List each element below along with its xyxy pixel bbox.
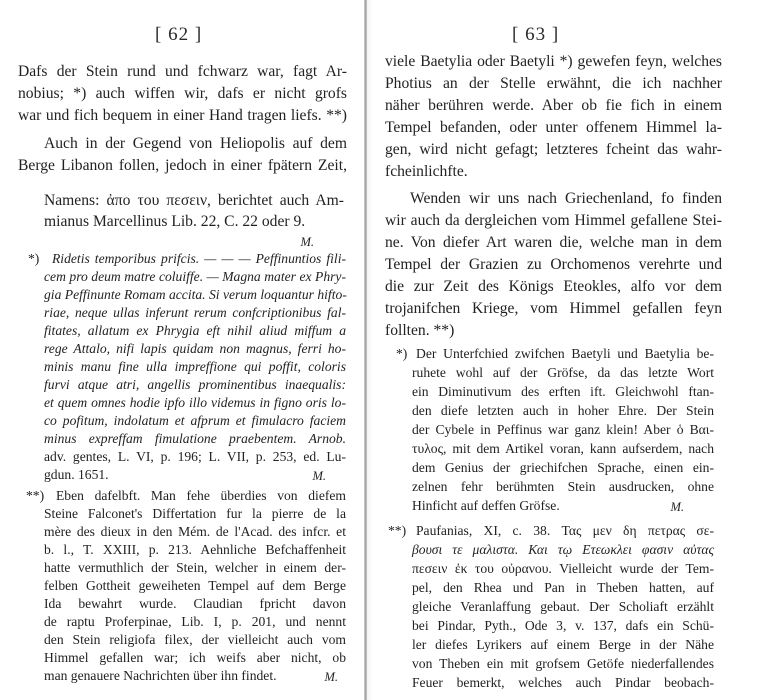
footnote-line: minus expreffam fimulatione praebentem. … [44, 430, 346, 447]
footnote-line: mère des dieux in den Mém. de l'Acad. de… [44, 523, 346, 540]
book-spread: [ 62 ] Dafs der Stein rund und fchwarz w… [0, 0, 765, 700]
footnote-line: ruhete wohl auf der Gröfse, da das letzt… [412, 364, 714, 381]
footnote-line: furvi atque atri, angellis prominentibus… [44, 376, 346, 393]
footnote-marker: *) [28, 250, 46, 267]
footnote-line: rege Attalo, nifi lapis quidam non magnu… [44, 340, 346, 357]
footnote-line: Steine Falconet's Differtation fur la pi… [44, 505, 346, 522]
footnote-line: Der Unterfchied zwifchen Baetyli und Bae… [416, 345, 714, 362]
note-continued-line: mianus Marcellinus Lib. 22, C. 22 oder 9… [44, 212, 344, 232]
body-line: Dafs der Stein rund und fchwarz war, fag… [18, 62, 347, 82]
body-line: ne. Von diefer Art waren die, welche man… [385, 233, 722, 253]
footnote-line: Feuer bemerkt, welches auch Pindar beoba… [412, 674, 714, 691]
footnote-marker: **) [388, 522, 412, 539]
right-page: [ 63 ] viele Baetylia oder Baetyli *) ge… [370, 0, 765, 700]
footnote-line: ler diefes Lyrikers auf einem Berge in d… [412, 636, 714, 653]
footnote-line: dem Genius der griechifchen Sprache, ein… [412, 459, 714, 476]
footnote-line: Ida bewahrt wurde. Claudian fpricht davo… [44, 595, 346, 612]
footnote-line: cem pro deum matre coluiffe. — Magna mat… [44, 268, 346, 285]
body-line: Berge Libanon follen, jedoch in einer fp… [18, 156, 347, 176]
footnote-line: riae, neque ullas inferunt rerum confcri… [44, 304, 346, 321]
footnote-line: pel, den Rhea und Pan in Theben hatten, … [412, 579, 714, 596]
footnote-line: βουσι τε μαλιστα. Και τῳ Ετεωκλει φασιν … [412, 541, 714, 558]
footnote-line: felben Gottheit geweiheten Tempel auf de… [44, 577, 346, 594]
left-page: [ 62 ] Dafs der Stein rund und fchwarz w… [0, 0, 366, 700]
note-continued-line: Namens: ἀπο του πεσειν, berichtet auch A… [44, 191, 344, 211]
footnote-line: b. l., T. XXIII, p. 213. Aehnliche Befch… [44, 541, 346, 558]
footnote-line: gleiche Veranlaffung gebaut. Der Scholia… [412, 598, 714, 615]
footnote-line: den Stein religiofa filex, der vielleich… [44, 631, 346, 648]
footnote-marker: **) [26, 487, 50, 504]
footnote-line: bei Pindar, Pyth., Ode 3, v. 137, dafs e… [412, 617, 714, 634]
footnote-line: minis manu fine ulla impreffione qui pof… [44, 358, 346, 375]
footnote-line: τυλος, mit dem Artikel voran, kann aufse… [412, 440, 714, 457]
body-line: Photius an der Stelle erwähnt, die ich n… [385, 74, 722, 94]
body-line: näher berühren werde. Aber ob fie fich i… [385, 96, 722, 116]
body-line: follten. **) [385, 321, 585, 341]
footnote-line: Ridetis temporibus prifcis. — — — Peffin… [52, 250, 346, 267]
page-number-left: [ 62 ] [155, 24, 202, 46]
body-line: war und fich bequem in einer Hand tragen… [18, 106, 347, 126]
body-line: nobius; *) auch wiffen wir, dafs er nich… [18, 84, 347, 104]
footnote-line: et quem omnes hodie ipfo illo videmus in… [44, 394, 346, 411]
footnote-line: ein Diminutivum des erften ift. Gleichwo… [412, 383, 714, 400]
signature: M. [314, 667, 338, 687]
footnote-line: gdun. 1651. [44, 466, 244, 483]
footnote-line: Himmel gefallen war; ich weifs aber nich… [44, 649, 346, 666]
signature: M. [660, 497, 684, 517]
footnote-line: fitates, allatum ex Phrygia eft nihil al… [44, 322, 346, 339]
footnote-line: πεσειν ἐκ του οὐρανου. Vielleicht wurde … [412, 560, 714, 577]
footnote-line: Paufanias, XI, c. 38. Τας μεν δη πετρας … [416, 522, 714, 539]
footnote-line: Hinficht auf deffen Gröfse. [412, 497, 612, 514]
footnote-line: von Theben ein mit grofsem Getöfe nieder… [412, 655, 714, 672]
signature: M. [296, 466, 326, 486]
page-number-right: [ 63 ] [512, 24, 559, 46]
body-line: Auch in der Gegend von Heliopolis auf de… [44, 134, 347, 154]
body-line: Tempel der Grazien zu Orchomenos verehrt… [385, 255, 722, 275]
footnote-line: co pofitum, indolatum et afprum et fimul… [44, 412, 346, 429]
body-line: wir auch da dergleichen vom Himmel gefal… [385, 211, 722, 231]
footnote-line: Eben dafelbft. Man fehe überdies von die… [56, 487, 346, 504]
footnote-line: zelnen fehr berühmten Stein ausdrucken, … [412, 478, 714, 495]
body-line: die zur Zeit des Königs Eteokles, alfo v… [385, 277, 722, 297]
body-line: viele Baetylia oder Baetyli *) gewefen f… [385, 52, 722, 72]
footnote-line: der Cybele in Peffinus war ganz klein! A… [412, 421, 714, 438]
body-line: fcheinlichfte. [385, 162, 585, 182]
footnote-line: gia Peffinunte Romam accita. Si verum lo… [44, 286, 346, 303]
footnote-line: hatte vermuthlich der Stein, welcher in … [44, 559, 346, 576]
footnote-marker: *) [396, 345, 414, 362]
footnote-line: man genauere Nachrichten über ihn findet… [44, 667, 314, 684]
footnote-line: de raptu Proferpinae, Lib. I, p. 201, un… [44, 613, 346, 630]
body-line: Wenden wir uns nach Griechenland, fo fin… [410, 189, 722, 209]
footnote-line: den diefe letzten auch in hoher Ehre. De… [412, 402, 714, 419]
body-line: Tempel befanden, oder unter offenem Himm… [385, 118, 722, 138]
signature: M. [280, 232, 314, 252]
body-line: trojanifchen Kriege, vom Himmel gefallen… [385, 299, 722, 319]
footnote-line: adv. gentes, L. VI, p. 196; L. VII, p. 2… [44, 448, 346, 465]
body-line: gen, wird nicht gefagt; letzteres fchein… [385, 140, 722, 160]
